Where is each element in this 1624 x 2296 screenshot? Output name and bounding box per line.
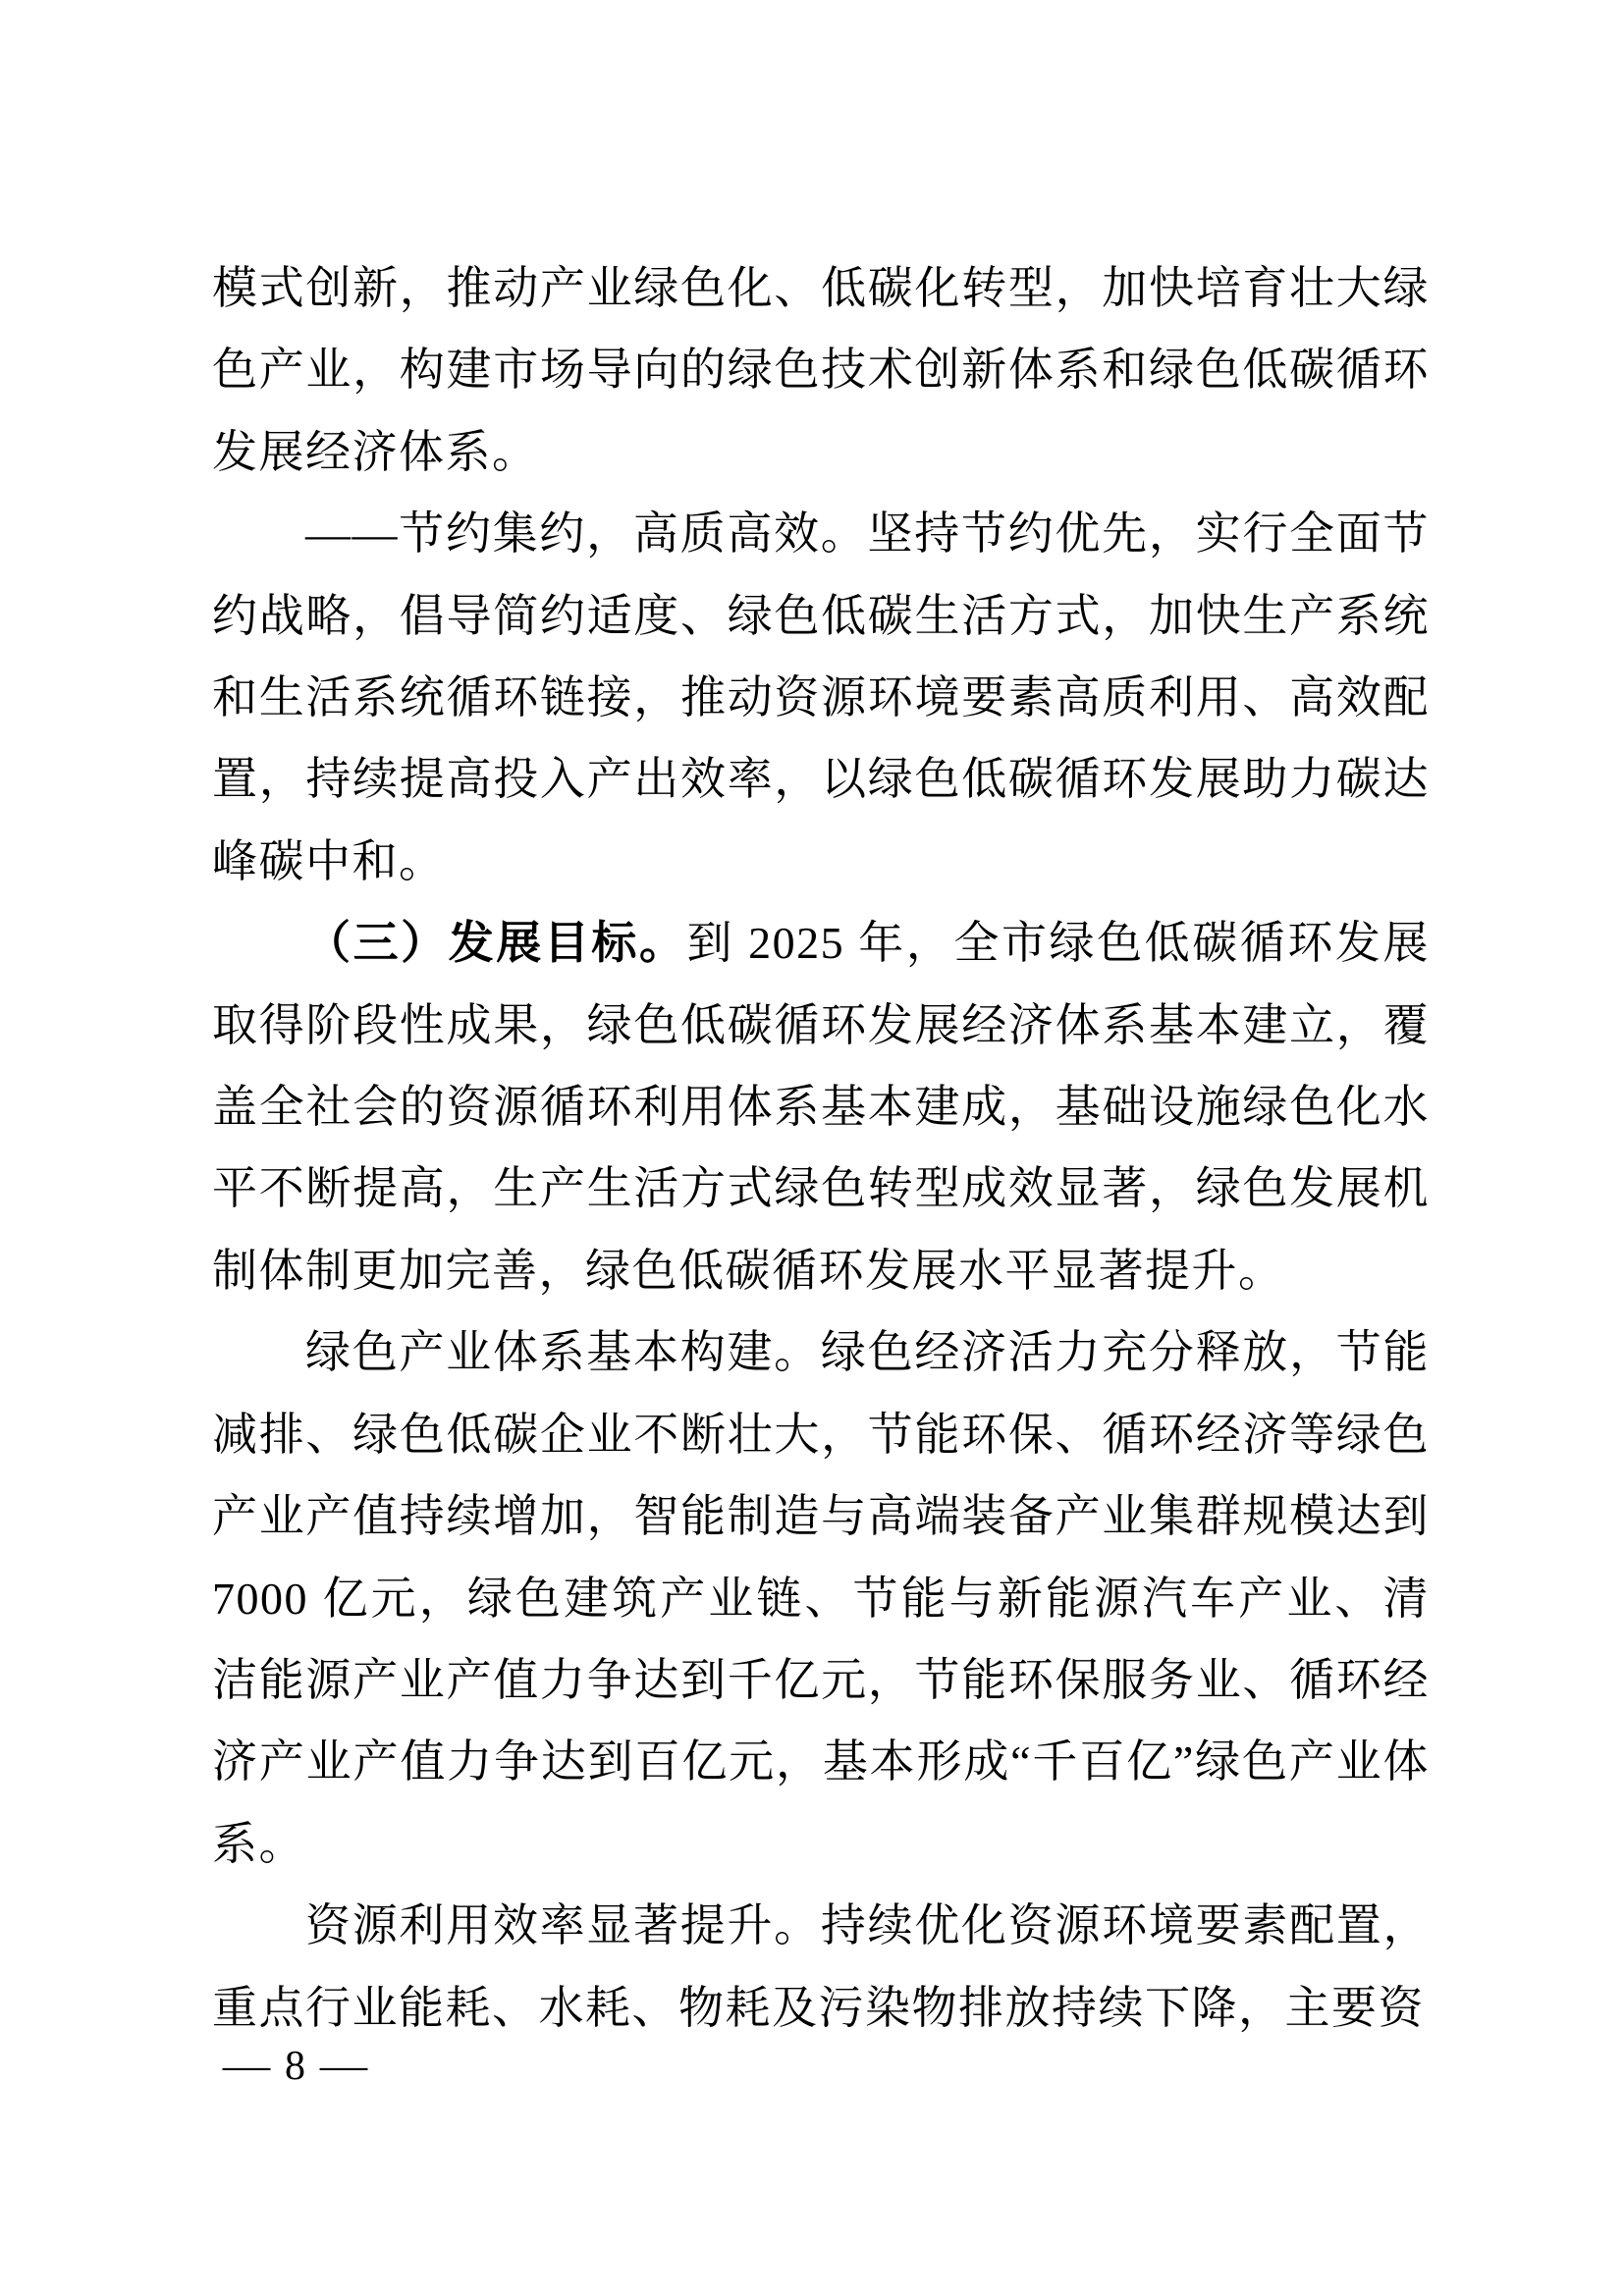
paragraph-saving-intensive: ——节约集约，高质高效。坚持节约优先，实行全面节约战略，倡导简约适度、绿色低碳生… <box>212 493 1430 902</box>
page-number: 8 <box>285 2042 305 2091</box>
section-heading: （三）发展目标。 <box>305 918 687 968</box>
section-body-text: 到 2025 年，全市绿色低碳循环发展取得阶段性成果，绿色低碳循环发展经济体系基… <box>212 918 1430 1296</box>
paragraph-resource-efficiency: 资源利用效率显著提升。持续优化资源环境要素配置，重点行业能耗、水耗、物耗及污染物… <box>212 1885 1430 2049</box>
footer-dash-left: — <box>223 2042 270 2091</box>
document-page: 模式创新，推动产业绿色化、低碳化转型，加快培育壮大绿色产业，构建市场导向的绿色技… <box>0 0 1624 2296</box>
paragraph-development-goals: （三）发展目标。到 2025 年，全市绿色低碳循环发展取得阶段性成果，绿色低碳循… <box>212 902 1430 1311</box>
page-footer: — 8 — <box>226 2042 364 2091</box>
paragraph-continued: 模式创新，推动产业绿色化、低碳化转型，加快培育壮大绿色产业，构建市场导向的绿色技… <box>212 247 1430 493</box>
footer-dash-right: — <box>320 2042 367 2091</box>
paragraph-green-industry-system: 绿色产业体系基本构建。绿色经济活力充分释放，节能减排、绿色低碳企业不断壮大，节能… <box>212 1311 1430 1885</box>
document-body: 模式创新，推动产业绿色化、低碳化转型，加快培育壮大绿色产业，构建市场导向的绿色技… <box>212 247 1430 2049</box>
